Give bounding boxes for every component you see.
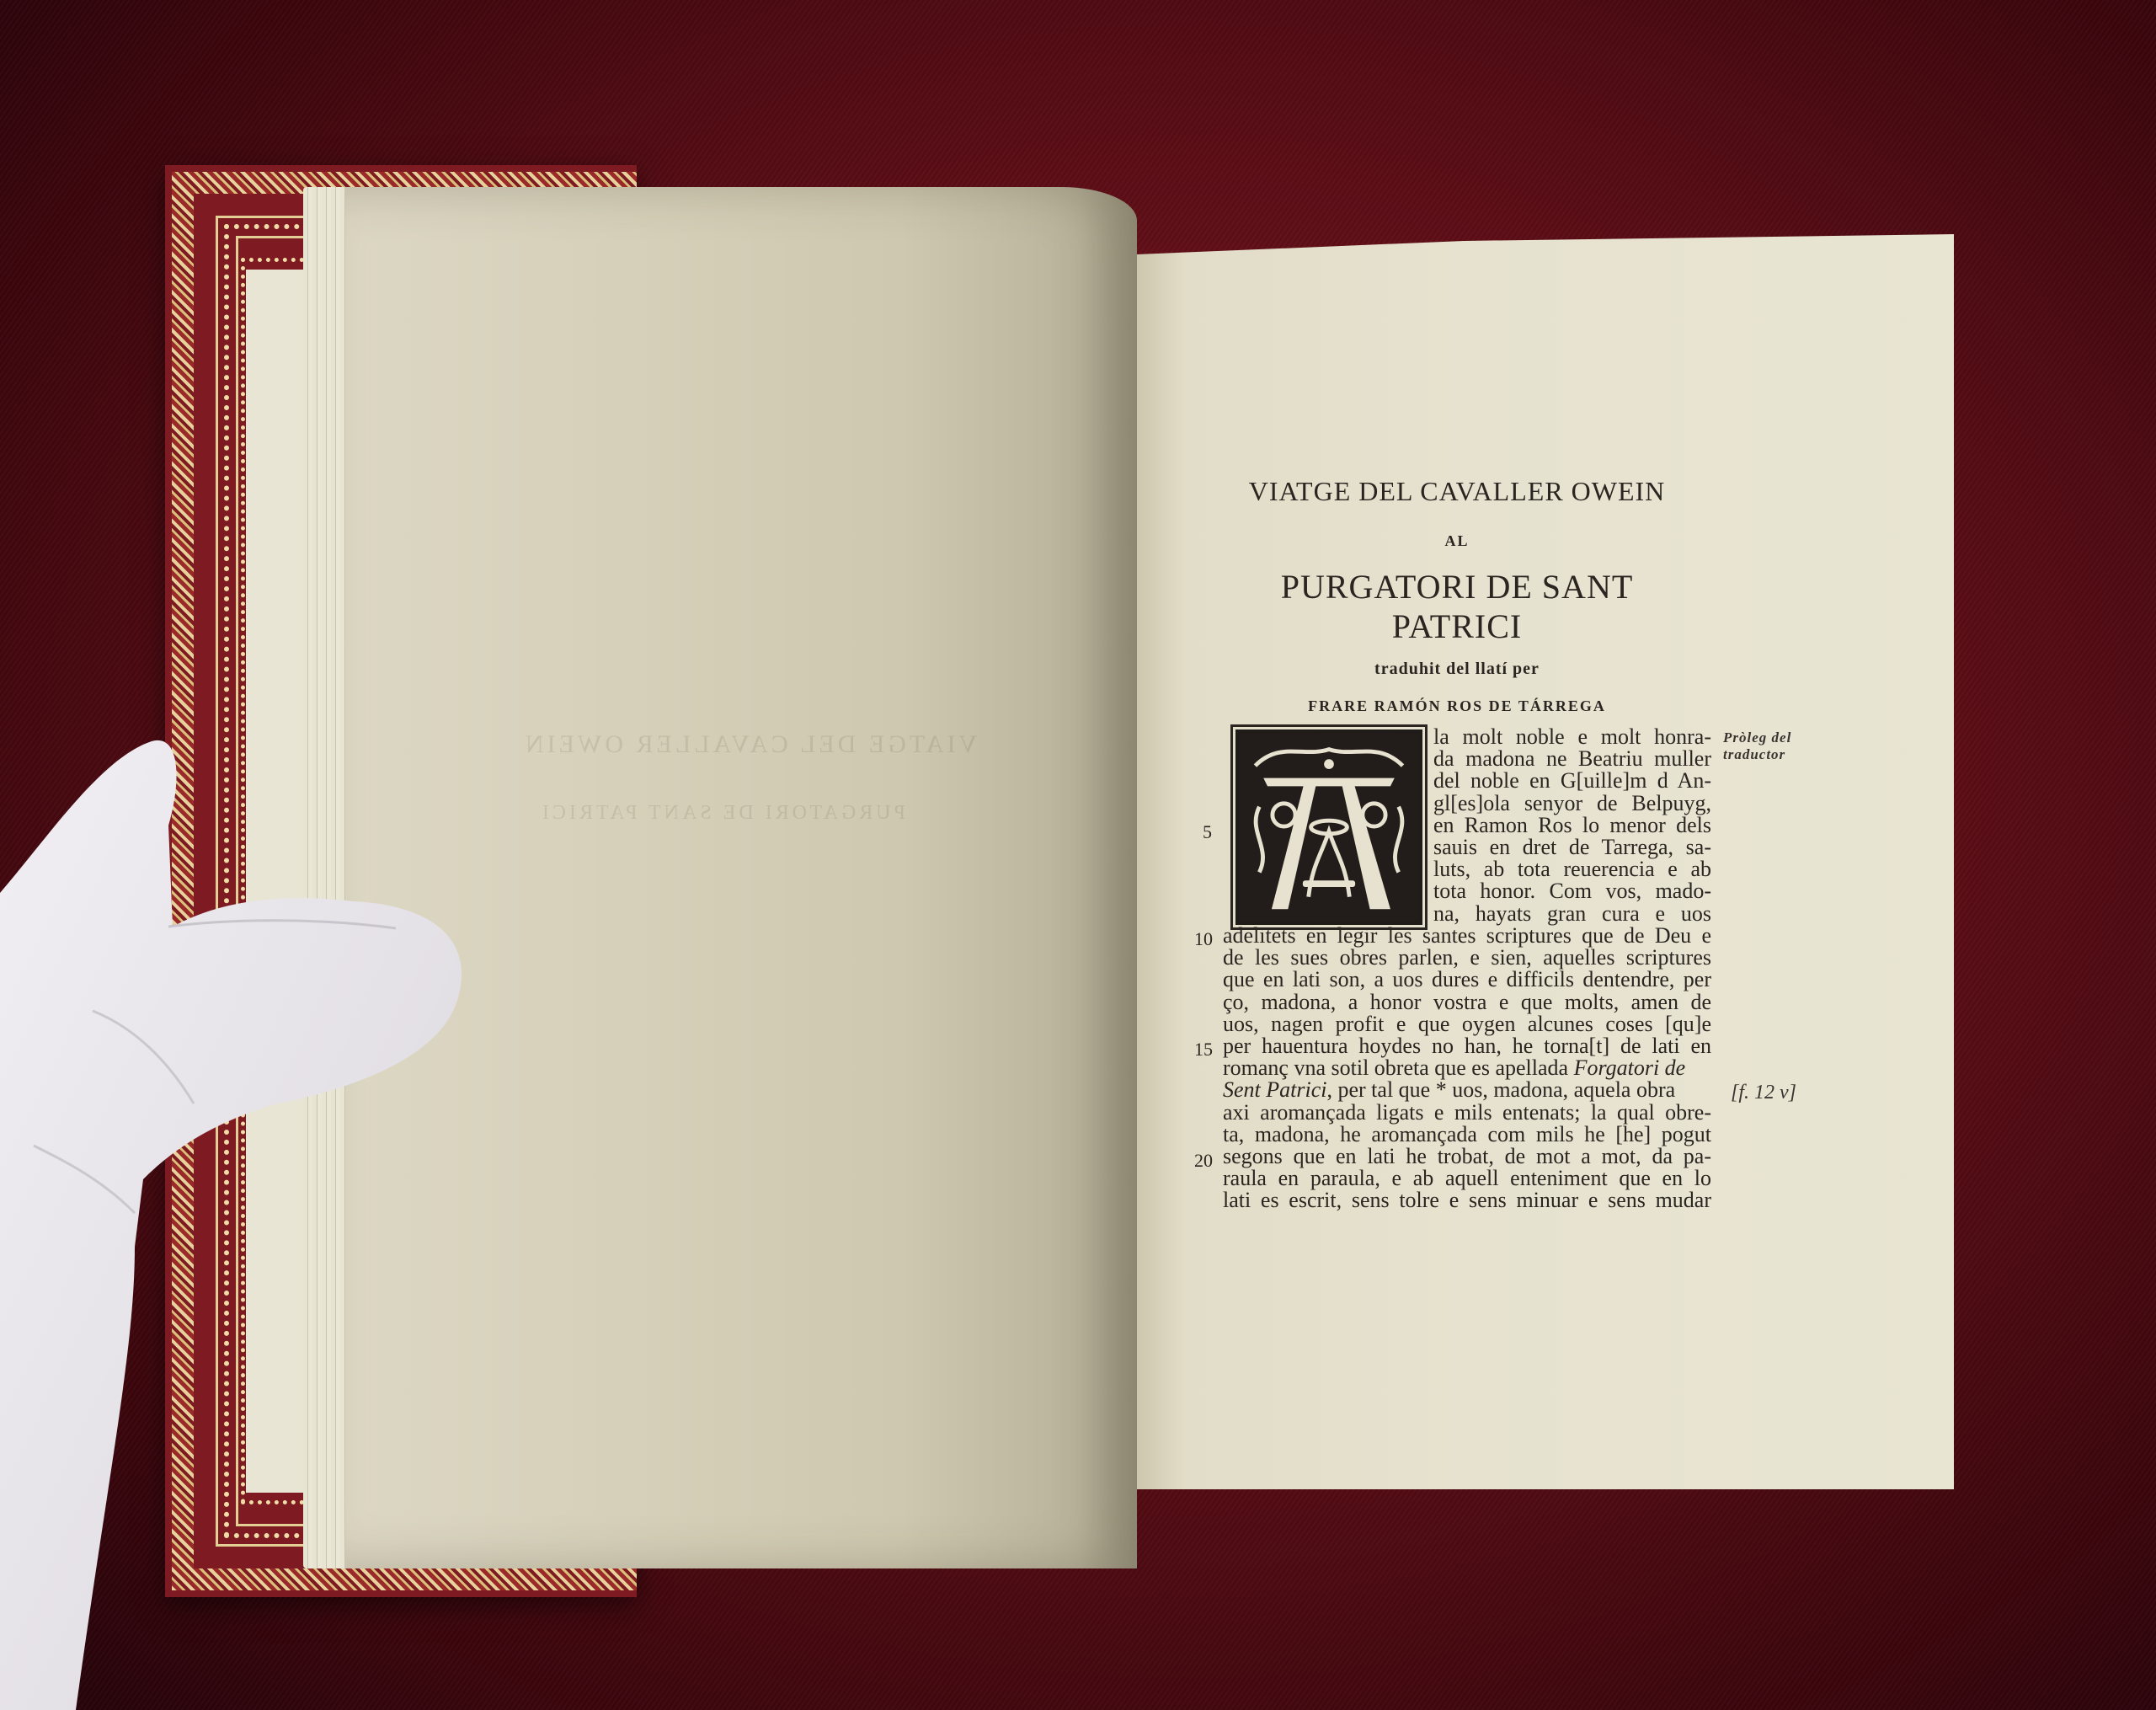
left-page: VIATGE DEL CAVALLER OWEIN PURGATORI DE S… (345, 187, 1137, 1568)
text-line: sauis en dret de Tarrega, sa- (1433, 836, 1711, 858)
text-line: raula en paraula, e ab aquell enteniment… (1223, 1168, 1711, 1189)
text-line: lati es escrit, sens tolre e sens minuar… (1223, 1189, 1711, 1211)
translator: FRARE RAMÓN ROS DE TÁRREGA (1213, 697, 1701, 715)
italic-title: Sent Patrici (1223, 1077, 1326, 1102)
text-line: ta, madona, he aromançada com mils he [h… (1223, 1124, 1711, 1146)
margin-note: Pròleg del traductor (1723, 729, 1791, 763)
line-number: 5 (1203, 821, 1212, 843)
line-number: 10 (1194, 928, 1213, 950)
text-line-italic-title: Sent Patrici, per tal que * uos, madona,… (1223, 1079, 1711, 1101)
margin-note-line: traductor (1723, 746, 1791, 763)
folio-reference: [f. 12 v] (1731, 1082, 1796, 1104)
decorative-initial-icon (1239, 733, 1419, 922)
italic-title: Forgatori de (1574, 1055, 1686, 1080)
ornamental-drop-cap-a (1235, 729, 1422, 925)
text-line: luts, ab tota reuerencia e ab (1433, 858, 1711, 880)
text-line: la molt noble e molt honra- (1433, 726, 1711, 748)
text-fragment: , per tal que * uos, madona, aquela obra (1326, 1077, 1675, 1102)
title-line-2: AL (1213, 532, 1701, 550)
text-line-italic-title: romanç vna sotil obreta que es apellada … (1223, 1057, 1711, 1079)
title-line-1: VIATGE DEL CAVALLER OWEIN (1213, 476, 1701, 507)
line-number: 20 (1194, 1150, 1213, 1172)
subtitle: traduhit del llatí per (1213, 660, 1701, 679)
bleed-through-line: VIATGE DEL CAVALLER OWEIN (522, 730, 977, 759)
text-line: uos, nagen profit e que oygen alcunes co… (1223, 1013, 1711, 1035)
text-line: segons que en lati he trobat, de mot a m… (1223, 1146, 1711, 1168)
line-number: 15 (1194, 1039, 1213, 1061)
text-line: tota honor. Com vos, mado- (1433, 880, 1711, 902)
text-body: adelitets en legir les santes scriptures… (1223, 925, 1711, 1212)
text-line: adelitets en legir les santes scriptures… (1223, 925, 1711, 947)
main-title: PURGATORI DE SANT PATRICI (1213, 567, 1701, 646)
text-line: de les sues obres parlen, e sien, aquell… (1223, 947, 1711, 969)
text-fragment: romanç vna sotil obreta que es apellada (1223, 1055, 1574, 1080)
text-line: del noble en G[uille]m d An- (1433, 770, 1711, 792)
bleed-through-line: PURGATORI DE SANT PATRICI (539, 802, 905, 825)
text-beside-dropcap: la molt noble e molt honra- da madona ne… (1433, 726, 1711, 925)
text-line: en Ramon Ros lo menor dels (1433, 815, 1711, 836)
text-line: que en lati son, a uos dures e difficils… (1223, 969, 1711, 991)
title-block: VIATGE DEL CAVALLER OWEIN AL PURGATORI D… (1213, 476, 1701, 715)
text-line: da madona ne Beatriu muller (1433, 748, 1711, 770)
text-line: gl[es]ola senyor de Belpuyg, (1433, 793, 1711, 815)
text-line: ço, madona, a honor vostra e que molts, … (1223, 991, 1711, 1013)
text-line: na, hayats gran cura e uos (1433, 903, 1711, 925)
text-line: axi aromançada ligats e mils entenats; l… (1223, 1102, 1711, 1124)
margin-note-line: Pròleg del (1723, 729, 1791, 746)
text-line: per hauentura hoydes no han, he torna[t]… (1223, 1035, 1711, 1057)
